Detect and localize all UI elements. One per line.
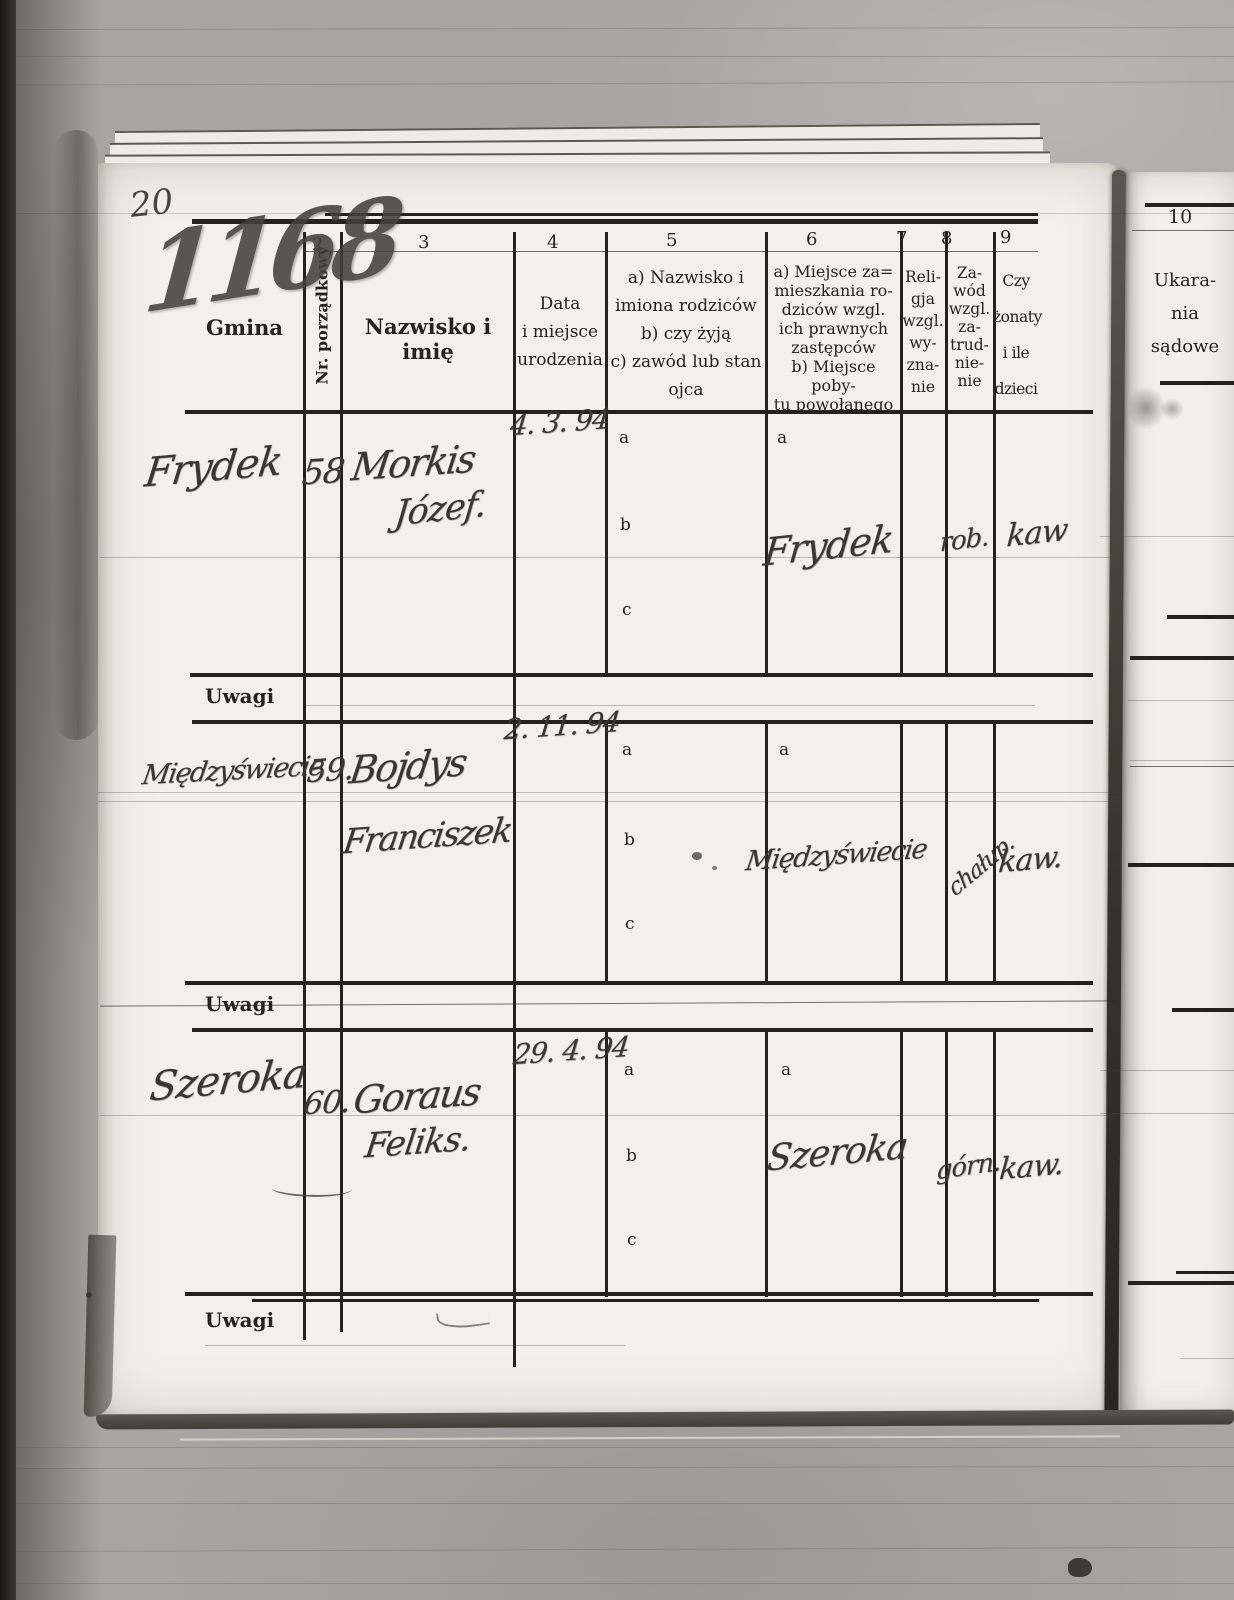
row-marker-a: a <box>619 428 629 448</box>
header-czy-zonaty: Czy żonaty i ile dzieci <box>993 263 1039 407</box>
rule-line <box>1100 1113 1234 1114</box>
scan-scratch-line <box>0 213 1234 214</box>
rule-line <box>1128 863 1234 867</box>
record-surname: Morkis <box>349 436 478 489</box>
scan-scratch-line <box>0 27 1234 30</box>
scan-scratch-line <box>0 1583 1234 1584</box>
column-number-10: 10 <box>1168 206 1192 228</box>
rule-line <box>1167 615 1234 619</box>
uwagi-label: Uwagi <box>205 992 274 1016</box>
record-marital-status: kaw <box>1005 512 1068 555</box>
record-surname: Goraus <box>351 1069 483 1122</box>
scan-scratch-line <box>180 1435 1120 1440</box>
scan-scratch-line <box>0 1447 1234 1448</box>
record-surname: Bojdys <box>347 740 469 793</box>
ink-smudge <box>1160 398 1184 420</box>
column-number-6: 6 <box>806 229 817 250</box>
record-given-name: Feliks. <box>362 1119 473 1167</box>
header-miejsce-zamieszkania: a) Miejsce za= mieszkania ro- dziców wzg… <box>767 262 900 414</box>
rule-line <box>605 720 608 983</box>
row-marker-c: c <box>627 1230 637 1250</box>
uwagi-label: Uwagi <box>205 1308 274 1332</box>
header-religia: Reli- gja wzgl. wy- zna- nie <box>901 266 945 398</box>
rule-line <box>98 801 1118 802</box>
rule-line <box>1132 230 1234 231</box>
scan-scratch-line <box>0 1466 1234 1469</box>
rule-line <box>513 232 516 1367</box>
row-marker-a: a <box>779 740 789 760</box>
rule-line <box>185 410 1093 414</box>
column-number-7: 7 <box>896 228 907 249</box>
rule-line <box>1130 656 1234 660</box>
row-marker-b: b <box>620 515 631 535</box>
scan-scratch-line <box>0 1547 1234 1552</box>
rule-line <box>1130 766 1234 767</box>
header-nazwisko-imie: Nazwisko i imię <box>343 314 513 364</box>
header-ukarania-sadowe: Ukara- nia sądowe <box>1136 264 1234 363</box>
row-marker-c: c <box>625 914 635 934</box>
row-marker-a: a <box>777 428 787 448</box>
rule-line <box>305 251 1038 252</box>
record-marital-status: kaw. <box>997 839 1064 880</box>
header-rodzice: a) Nazwisko i imiona rodziców b) czy żyj… <box>607 264 765 404</box>
rule-line <box>190 673 1093 677</box>
record-number: 60. <box>302 1084 353 1123</box>
record-occupation: rob. <box>939 522 988 558</box>
spine-shadow <box>54 130 98 740</box>
rule-line <box>1160 381 1234 385</box>
rule-line <box>252 1299 1039 1302</box>
rule-line <box>945 720 948 983</box>
rule-line <box>1100 536 1234 537</box>
header-zawod: Za- wód wzgl. za- trud- nie- nie <box>946 264 993 390</box>
column-number-8: 8 <box>941 228 952 249</box>
rule-line <box>192 720 1093 724</box>
rule-line <box>192 1028 1093 1032</box>
record-number: 58 <box>300 451 346 493</box>
uwagi-label: Uwagi <box>205 684 274 708</box>
rule-line <box>1100 1070 1234 1071</box>
rule-line <box>1128 700 1234 701</box>
scan-scratch-line <box>0 81 1234 85</box>
row-marker-b: b <box>624 830 635 850</box>
rule-line <box>185 1292 1093 1296</box>
row-marker-a: a <box>781 1060 791 1080</box>
rule-line <box>1130 760 1234 761</box>
rule-line <box>185 981 1093 985</box>
row-marker-b: b <box>626 1146 637 1166</box>
column-number-9: 9 <box>1000 227 1011 248</box>
ink-speck <box>712 866 717 870</box>
scan-left-border <box>0 0 16 1600</box>
record-marital-status: kaw. <box>998 1146 1065 1187</box>
header-data-urodzenia: Data i miejsce urodzenia <box>515 290 605 374</box>
scan-scratch-line <box>0 56 1234 57</box>
rule-line <box>1176 1271 1234 1274</box>
row-marker-a: a <box>622 740 632 760</box>
row-marker-c: c <box>622 600 632 620</box>
rule-line <box>98 792 1118 793</box>
scanned-register-page: 20 1168 2 3 4 5 6 7 8 9 10 Gmina Nr. por… <box>0 0 1234 1600</box>
rule-line <box>1172 1008 1234 1012</box>
rule-line <box>1180 1358 1234 1359</box>
scan-scratch-line <box>0 1503 1234 1504</box>
ink-blot <box>1068 1558 1092 1577</box>
ink-speck <box>692 852 702 860</box>
rule-line <box>205 1345 625 1346</box>
rule-line <box>303 705 1035 706</box>
column-number-5: 5 <box>666 230 677 251</box>
rule-line <box>605 1028 608 1297</box>
column-number-3: 3 <box>418 232 429 253</box>
rule-line <box>1128 1281 1234 1285</box>
column-number-4: 4 <box>547 232 558 253</box>
